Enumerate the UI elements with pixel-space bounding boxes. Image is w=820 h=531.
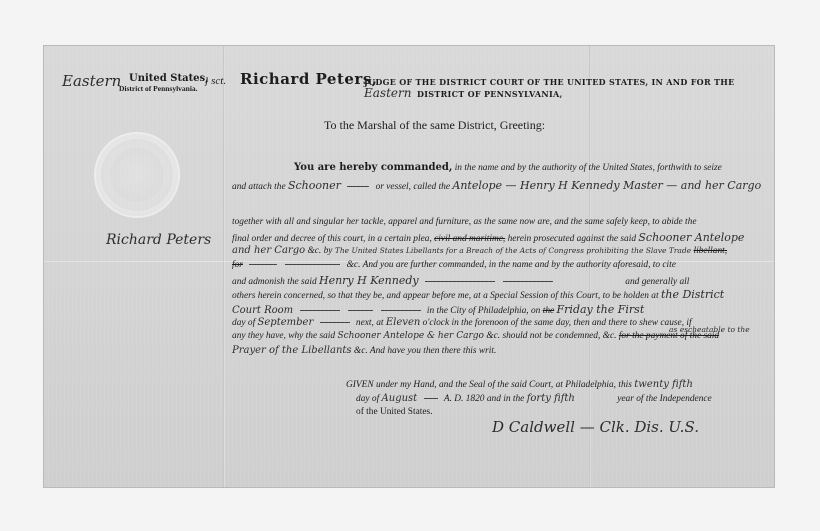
body-line-5: and her Cargo &c. by The United States L… xyxy=(232,245,727,256)
closing-line-3: of the United States. xyxy=(356,407,433,417)
greeting: To the Marshal of the same District, Gre… xyxy=(324,118,545,133)
district-of-pennsylvania: District of Pennsylvania. xyxy=(119,84,198,93)
clerk-signature: D Caldwell — Clk. Dis. U.S. xyxy=(492,418,699,436)
united-states-heading: United States, xyxy=(129,73,209,84)
court-seal xyxy=(94,132,180,218)
closing-line-2: day of August A. D. 1820 and in the fort… xyxy=(356,393,712,404)
body-line-9: Court Room in the City of Philadelphia, … xyxy=(232,303,644,316)
fold-line-left xyxy=(223,46,225,487)
body-line-1: You are hereby commanded, in the name an… xyxy=(294,162,722,173)
body-line-10: day of September next, at Eleven o'clock… xyxy=(232,317,692,328)
judge-name: Richard Peters, xyxy=(240,70,378,88)
closing-line-1: GIVEN under my Hand, and the Seal of the… xyxy=(346,379,693,390)
district-handwritten-2: Eastern xyxy=(364,86,411,100)
judge-title: JUDGE OF THE DISTRICT COURT OF THE UNITE… xyxy=(364,77,735,87)
district-handwritten: Eastern xyxy=(62,72,121,90)
body-line-2: and attach the Schooner or vessel, calle… xyxy=(232,179,761,192)
body-line-7: and admonish the said Henry H Kennedy an… xyxy=(232,274,689,287)
document-page: Eastern United States, District of Penns… xyxy=(44,46,774,487)
margin-signature: Richard Peters xyxy=(106,232,211,248)
body-line-12: Prayer of the Libellants &c. And have yo… xyxy=(232,345,496,356)
body-line-4: final order and decree of this court, in… xyxy=(232,231,744,244)
body-line-11: any they have, why the said Schooner Ant… xyxy=(232,331,719,341)
body-line-3: together with all and singular her tackl… xyxy=(232,217,697,227)
body-line-6: for &c. And you are further commanded, i… xyxy=(232,260,676,270)
district-line: DISTRICT OF PENNSYLVANIA, xyxy=(417,89,563,99)
sct-bracket: } sct. xyxy=(204,75,226,87)
body-line-8: others herein concerned, so that they be… xyxy=(232,288,724,301)
